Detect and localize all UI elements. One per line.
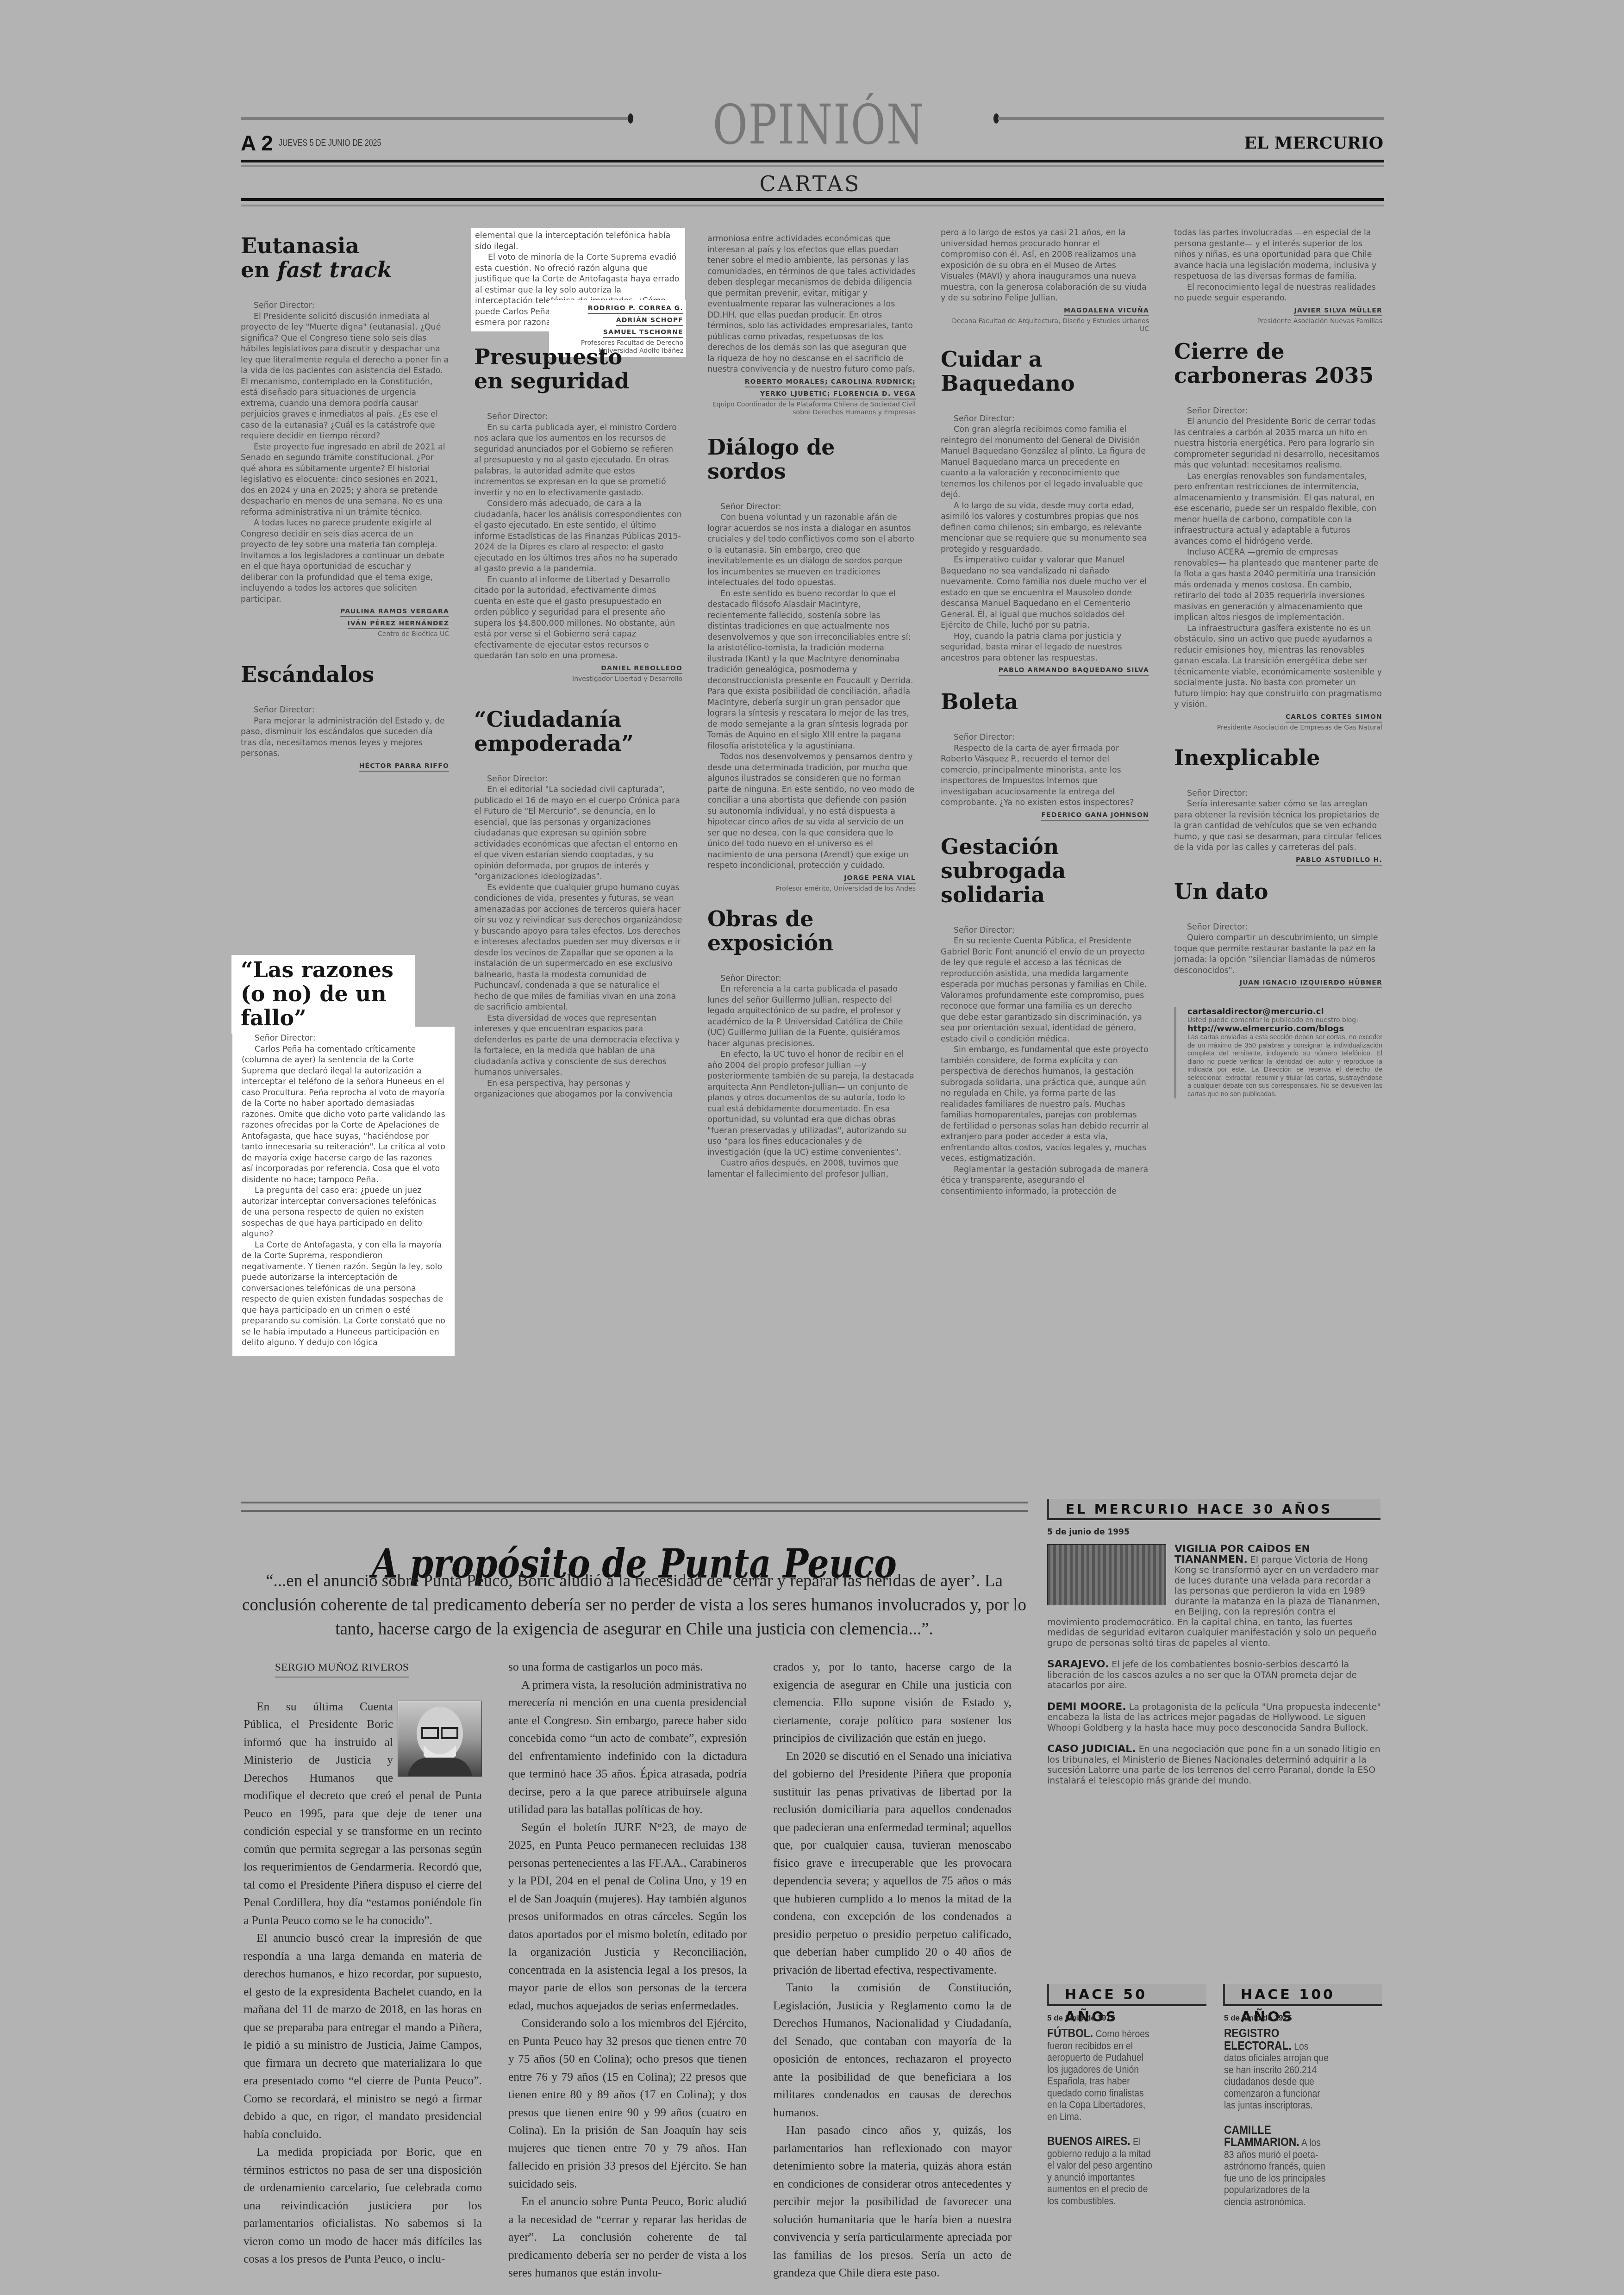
dateline: JUEVES 5 DE JUNIO DE 2025 [279, 138, 381, 149]
contact-box: cartasaldirector@mercurio.cl Usted puede… [1174, 1007, 1382, 1098]
letter-title: Boleta [941, 690, 1149, 714]
letter-dialogo: Diálogo de sordos Señor Director: Con bu… [707, 435, 916, 893]
affiliation: Equipo Coordinador de la Plataforma Chil… [707, 401, 916, 417]
letter-title: Un dato [1174, 879, 1382, 904]
hace50-item: BUENOS AIRES. El gobierno redujo a la mi… [1047, 2135, 1153, 2207]
header-rule-thin [241, 165, 1384, 167]
signature: DANIEL REBOLLEDO [601, 665, 682, 674]
letter-eutanasia: Eutanasiaen fast track Señor Director: E… [241, 234, 449, 638]
subsection-rule-thin [241, 205, 1384, 206]
letter-body: Señor Director: En referencia a la carta… [707, 973, 916, 1180]
page-number: A 2 [241, 131, 273, 156]
signature: PABLO ASTUDILLO H. [1296, 856, 1382, 866]
letter-title: Inexplicable [1174, 746, 1382, 770]
letters-policy: Las cartas enviadas a esta sección deben… [1187, 1034, 1382, 1098]
signature: FEDERICO GANA JOHNSON [1041, 811, 1149, 821]
letter-un-dato: Un dato Señor Director: Quiero compartir… [1174, 879, 1382, 989]
letters-column-3: armoniosa entre actividades económicas q… [707, 234, 916, 1180]
letter-title: “Ciudadaníaempoderada” [474, 707, 682, 755]
letter-gestacion: Gestaciónsubrogada solidaria Señor Direc… [941, 835, 1149, 1197]
tiananmen-vigil-photo [1047, 1544, 1166, 1605]
blog-link[interactable]: http://www.elmercurio.com/blogs [1187, 1024, 1382, 1034]
letter-title: Presupuestoen seguridad [474, 345, 682, 393]
subsection-title: CARTAS [694, 171, 926, 196]
hace30-item: CASO JUDICIAL. En una negociación que po… [1047, 1744, 1384, 1786]
letter-title: Escándalos [241, 662, 449, 686]
signature: ADRIÁN SCHOPF [616, 317, 683, 326]
letter-body: Señor Director: El Presidente solicitó d… [241, 300, 449, 605]
signature: RODRIGO P. CORREA G. [588, 305, 683, 314]
letter-body: Señor Director: Sería interesante saber … [1174, 788, 1382, 854]
hace50-section: 5 de junio de 1975 FÚTBOL. Como héroes f… [1047, 2014, 1186, 2207]
letter-obras-continuation: pero a lo largo de estos ya casi 21 años… [941, 228, 1149, 304]
letter-title: Cierre decarboneras 2035 [1174, 339, 1382, 387]
hace30-item: VIGILIA POR CAÍDOS EN TIANANMEN. El parq… [1047, 1544, 1384, 1648]
hace30-date: 5 de junio de 1995 [1047, 1528, 1384, 1537]
signature: MAGDALENA VICUÑA [1064, 307, 1149, 316]
hace30-heading: EL MERCURIO HACE 30 AÑOS [1047, 1499, 1380, 1520]
signature: PAULINA RAMOS VERGARA [340, 608, 449, 617]
hace50-heading: HACE 50 AÑOS [1047, 1984, 1206, 2006]
letter-title: Diálogo de sordos [707, 435, 916, 483]
hace100-item: CAMILLE FLAMMARION. A los 83 años murió … [1224, 2124, 1330, 2208]
hace30-item: DEMI MOORE. La protagonista de la pelícu… [1047, 1702, 1384, 1734]
hace30-item: SARAJEVO. El jefe de los combatientes bo… [1047, 1659, 1384, 1691]
column-text-2: so una forma de castigarlos un poco más.… [508, 1658, 747, 2282]
letter-body: Señor Director: En su carta publicada ay… [474, 412, 682, 662]
letter-presupuesto: Presupuestoen seguridad Señor Director: … [474, 345, 682, 683]
letter-body: Señor Director: Respecto de la carta de … [941, 732, 1149, 809]
letters-column-2: Presupuestoen seguridad Señor Director: … [474, 345, 682, 1100]
signature: JUAN IGNACIO IZQUIERDO HÜBNER [1240, 979, 1382, 988]
signature: HÉCTOR PARRA RIFFO [359, 762, 449, 772]
hace30-section: 5 de junio de 1995 VIGILIA POR CAÍDOS EN… [1047, 1528, 1384, 1786]
letter-carboneras: Cierre decarboneras 2035 Señor Director:… [1174, 339, 1382, 732]
portrait-icon [398, 1701, 481, 1776]
letter-escandalos: Escándalos Señor Director: Para mejorar … [241, 662, 449, 772]
letter-title: Obras de exposición [707, 907, 916, 955]
signature: CARLOS CORTÉS SIMON [1286, 713, 1382, 723]
signature: YERKO LJUBETIC; FLORENCIA D. VEGA [760, 390, 916, 399]
subsection-rule-thick [241, 198, 1384, 201]
letter-body: Señor Director: En el editorial "La soci… [474, 774, 682, 1100]
affiliation: Presidente Asociación de Empresas de Gas… [1174, 724, 1382, 732]
letter-body: Señor Director: Quiero compartir un desc… [1174, 922, 1382, 977]
letter-ciudadania: “Ciudadaníaempoderada” Señor Director: E… [474, 707, 682, 1100]
letter-body: Señor Director: Con buena voluntad y un … [707, 502, 916, 872]
column-top-rule [241, 1502, 1028, 1512]
letter-ciudadania-continuation: armoniosa entre actividades económicas q… [707, 234, 916, 375]
letter-razones-title-box: “Las razones (o no) de un fallo” [231, 955, 415, 1034]
hace100-date: 5 de junio de 1925 [1224, 2014, 1363, 2023]
header-rule-right [998, 117, 1384, 120]
hace100-heading: HACE 100 AÑOS [1223, 1984, 1382, 2006]
signature: JAVIER SILVA MÜLLER [1294, 307, 1382, 316]
letter-title: Cuidar a Baquedano [941, 347, 1149, 395]
letters-column-4: pero a lo largo de estos ya casi 21 años… [941, 228, 1149, 1197]
letter-baquedano: Cuidar a Baquedano Señor Director: Con g… [941, 347, 1149, 676]
letter-title: Gestaciónsubrogada solidaria [941, 835, 1149, 907]
letter-obras: Obras de exposición Señor Director: En r… [707, 907, 916, 1180]
letter-title: “Las razones (o no) de un fallo” [241, 958, 406, 1030]
hace50-item: FÚTBOL. Como héroes fueron recibidos en … [1047, 2027, 1153, 2122]
letter-body: Señor Director: Para mejorar la administ… [241, 705, 449, 760]
letter-boleta: Boleta Señor Director: Respecto de la ca… [941, 690, 1149, 821]
masthead: EL MERCURIO [1244, 133, 1383, 153]
letter-body: Señor Director: En su reciente Cuenta Pú… [941, 925, 1149, 1197]
letters-column-5: todas las partes involucradas —en especi… [1174, 228, 1382, 1098]
affiliation: Presidente Asociación Nuevas Familias [1174, 318, 1382, 325]
hace50-date: 5 de junio de 1975 [1047, 2014, 1186, 2023]
contact-email[interactable]: cartasaldirector@mercurio.cl [1187, 1007, 1382, 1017]
letter-title: Eutanasiaen fast track [241, 234, 449, 282]
signature: PABLO ARMANDO BAQUEDANO SILVA [999, 667, 1149, 676]
letter-razones-body: Señor Director: Carlos Peña ha comentado… [232, 1027, 455, 1356]
column-text-1: SERGIO MUÑOZ RIVEROS En su última Cuenta… [244, 1658, 482, 2268]
letter-gestacion-continuation: todas las partes involucradas —en especi… [1174, 228, 1382, 304]
column-text-3: crados y, por lo tanto, hacerse cargo de… [773, 1658, 1012, 2282]
hace100-section: 5 de junio de 1925 REGISTRO ELECTORAL. L… [1224, 2014, 1363, 2208]
signature: SAMUEL TSCHORNE [603, 329, 683, 338]
signature: IVÁN PÉREZ HERNÁNDEZ [348, 620, 449, 629]
signature: JORGE PEÑA VIAL [844, 874, 916, 884]
signature: ROBERTO MORALES; CAROLINA RUDNICK; [745, 378, 916, 387]
hace100-item: REGISTRO ELECTORAL. Los datos oficiales … [1224, 2027, 1330, 2111]
header-ornament-left [628, 113, 633, 124]
affiliation: Investigador Libertad y Desarrollo [474, 675, 682, 683]
header-rule-left [241, 117, 630, 120]
affiliation: Decana Facultad de Arquitectura, Diseño … [941, 318, 1149, 333]
affiliation: Centro de Bioética UC [241, 630, 449, 638]
section-title: OPINIÓN [712, 93, 907, 156]
letters-column-1: Eutanasiaen fast track Señor Director: E… [241, 234, 449, 772]
pull-quote: “...en el anuncio sobre Punta Peuco, Bor… [241, 1569, 1028, 1641]
letter-body: Señor Director: El anuncio del President… [1174, 406, 1382, 711]
affiliation: Profesor emérito, Universidad de los And… [707, 885, 916, 893]
letter-body: Señor Director: Con gran alegría recibim… [941, 414, 1149, 664]
author-photo [398, 1701, 482, 1777]
column-author: SERGIO MUÑOZ RIVEROS [275, 1659, 409, 1678]
letter-inexplicable: Inexplicable Señor Director: Sería inter… [1174, 746, 1382, 866]
header-rule-thick [241, 160, 1384, 162]
blog-note: Usted puede comentar lo publicado en nue… [1187, 1017, 1382, 1024]
